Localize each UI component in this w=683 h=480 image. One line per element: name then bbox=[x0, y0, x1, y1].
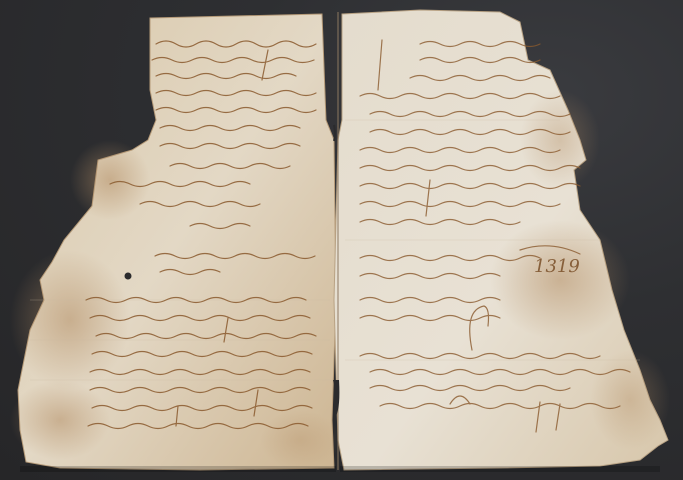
manuscript-photo: 1319 bbox=[0, 0, 683, 480]
folio-number: 1319 bbox=[534, 256, 580, 277]
manuscript-illustration: 1319 bbox=[0, 0, 683, 480]
